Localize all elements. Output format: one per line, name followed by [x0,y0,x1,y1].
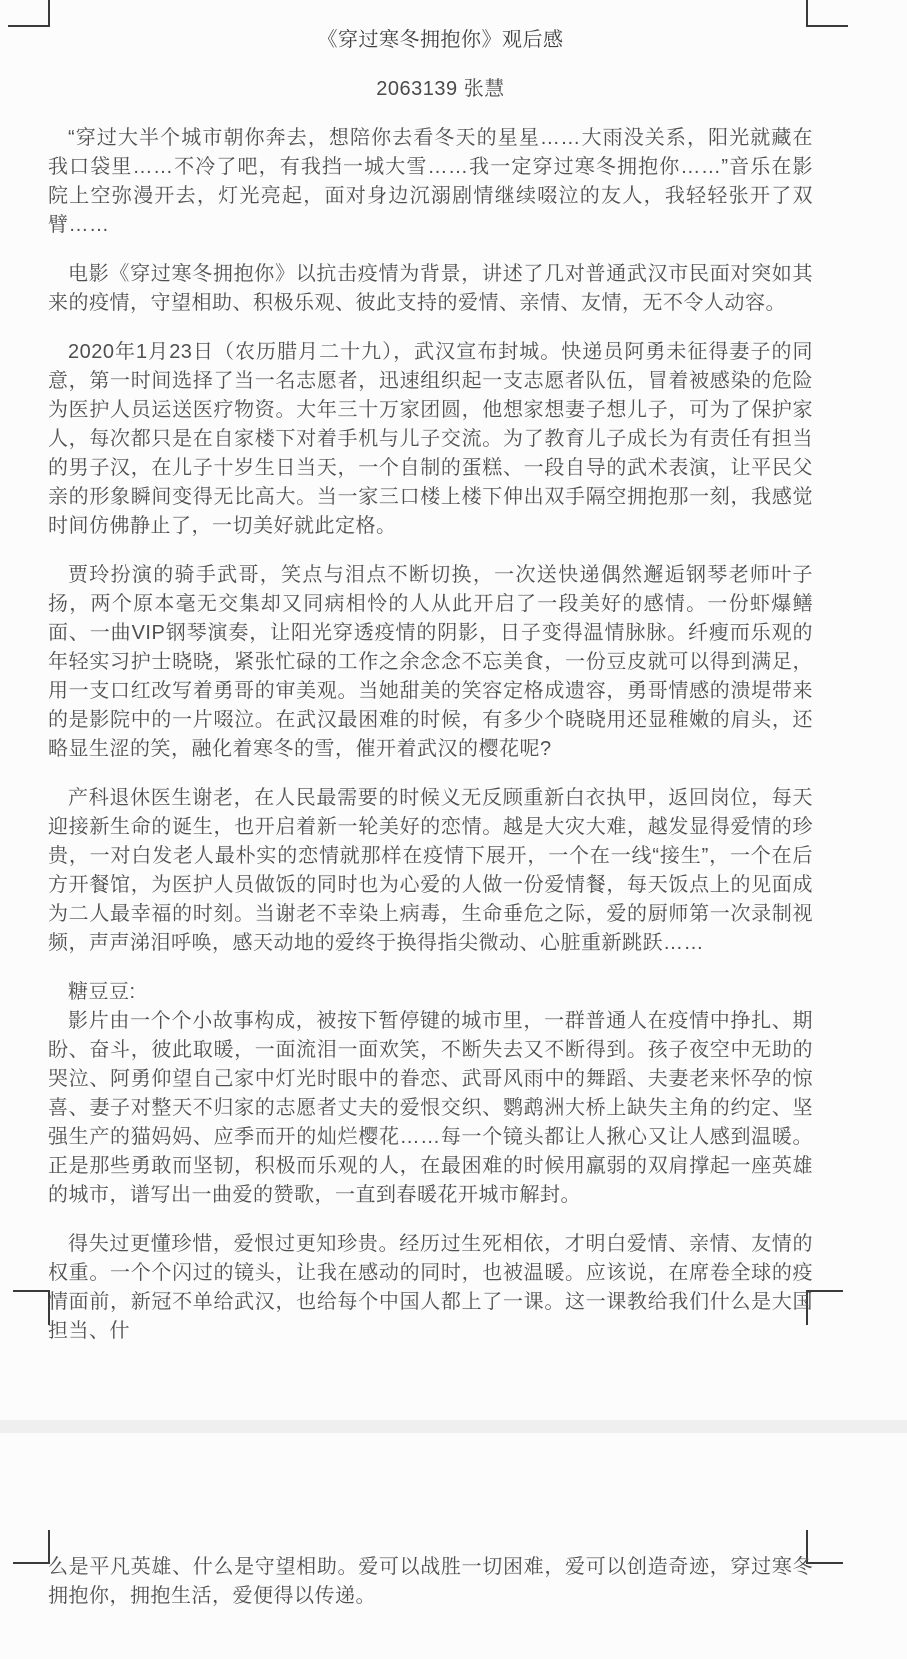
paragraph-opening-quote: “穿过大半个城市朝你奔去，想陪你去看冬天的星星……大雨没关系，阳光就藏在我口袋里… [48,124,813,240]
crop-mark-page1-top-right-icon [806,0,848,27]
page-gap-divider [0,1420,907,1433]
paragraph-doctor-xie: 产科退休医生谢老，在人民最需要的时候义无反顾重新白衣执甲，返回岗位，每天迎接新生… [48,784,813,958]
page2-content: 么是平凡英雄、什么是守望相助。爱可以战胜一切困难，爱可以创造奇迹，穿过寒冬拥抱你… [48,1553,813,1611]
page1-content: 《穿过寒冬拥抱你》观后感 2063139 张慧 “穿过大半个城市朝你奔去，想陪你… [48,26,813,1366]
byline: 2063139 张慧 [48,75,813,104]
section-label-tangdoudou: 糖豆豆: [48,978,813,1007]
paragraph-closing-start: 得失过更懂珍惜，爱恨过更知珍贵。经历过生死相依，才明白爱情、亲情、友情的权重。一… [48,1230,813,1346]
paragraph-lockdown-ayong: 2020年1月23日（农历腊月二十九），武汉宣布封城。快递员阿勇未征得妻子的同意… [48,338,813,541]
crop-mark-page2-top-left-icon [13,1530,50,1564]
crop-mark-page1-bottom-left-icon [13,1290,50,1325]
paragraph-film-stories: 影片由一个个小故事构成，被按下暂停键的城市里，一群普通人在疫情中挣扎、期盼、奋斗… [48,1007,813,1210]
paragraph-wuge-xiaoxiao: 贾玲扮演的骑手武哥，笑点与泪点不断切换，一次送快递偶然邂逅钢琴老师叶子扬，两个原… [48,561,813,764]
crop-mark-page1-top-left-icon [8,0,50,27]
paragraph-closing-continuation: 么是平凡英雄、什么是守望相助。爱可以战胜一切困难，爱可以创造奇迹，穿过寒冬拥抱你… [48,1553,813,1611]
page-title: 《穿过寒冬拥抱你》观后感 [48,26,813,55]
paragraph-film-intro: 电影《穿过寒冬拥抱你》以抗击疫情为背景，讲述了几对普通武汉市民面对突如其来的疫情… [48,260,813,318]
document-scan-page: 《穿过寒冬拥抱你》观后感 2063139 张慧 “穿过大半个城市朝你奔去，想陪你… [0,0,907,1659]
